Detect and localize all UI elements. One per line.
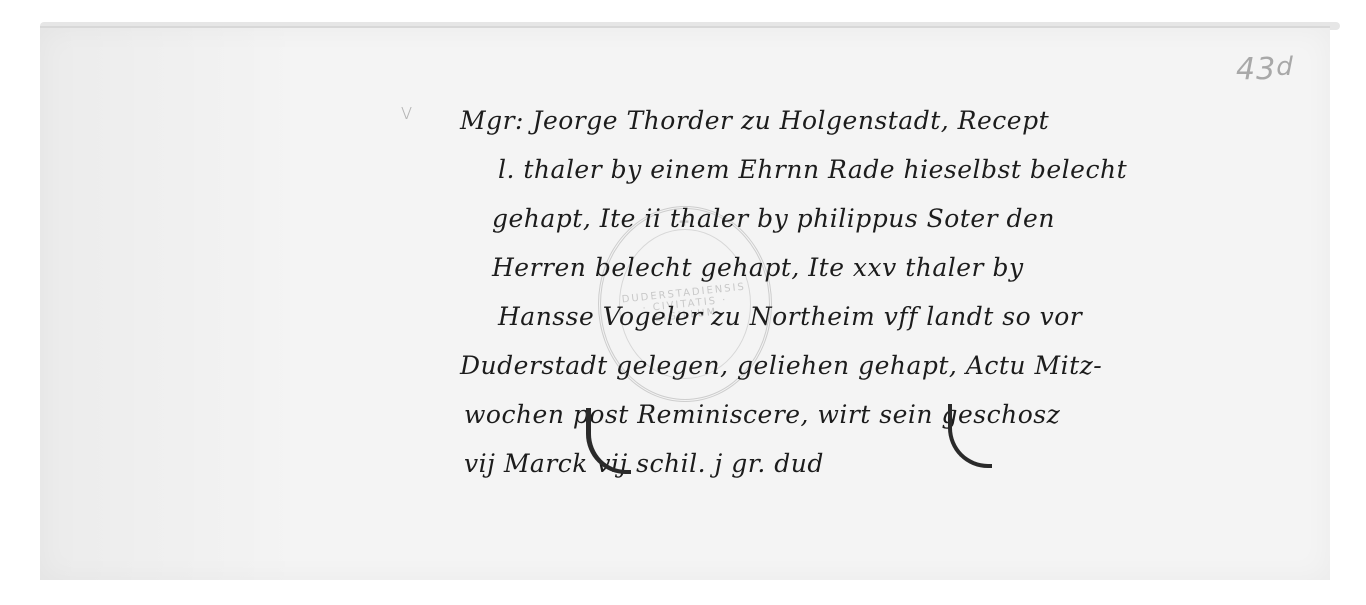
manuscript-line: gehapt, Ite ii thaler by philippus Soter…	[492, 204, 1320, 253]
page-number: 43d	[1236, 52, 1294, 87]
manuscript-line: l. thaler by einem Ehrnn Rade hieselbst …	[498, 155, 1320, 204]
page-number-suffix: d	[1276, 52, 1294, 82]
manuscript-line: Hansse Vogeler zu Northeim vff landt so …	[498, 302, 1320, 351]
page-number-value: 43	[1236, 52, 1276, 87]
margin-mark: v	[400, 100, 413, 125]
manuscript-line: Herren belecht gehapt, Ite xxv thaler by	[492, 253, 1320, 302]
manuscript-line: Mgr: Jeorge Thorder zu Holgenstadt, Rece…	[460, 106, 1320, 155]
manuscript-line: Duderstadt gelegen, geliehen gehapt, Act…	[460, 351, 1320, 400]
